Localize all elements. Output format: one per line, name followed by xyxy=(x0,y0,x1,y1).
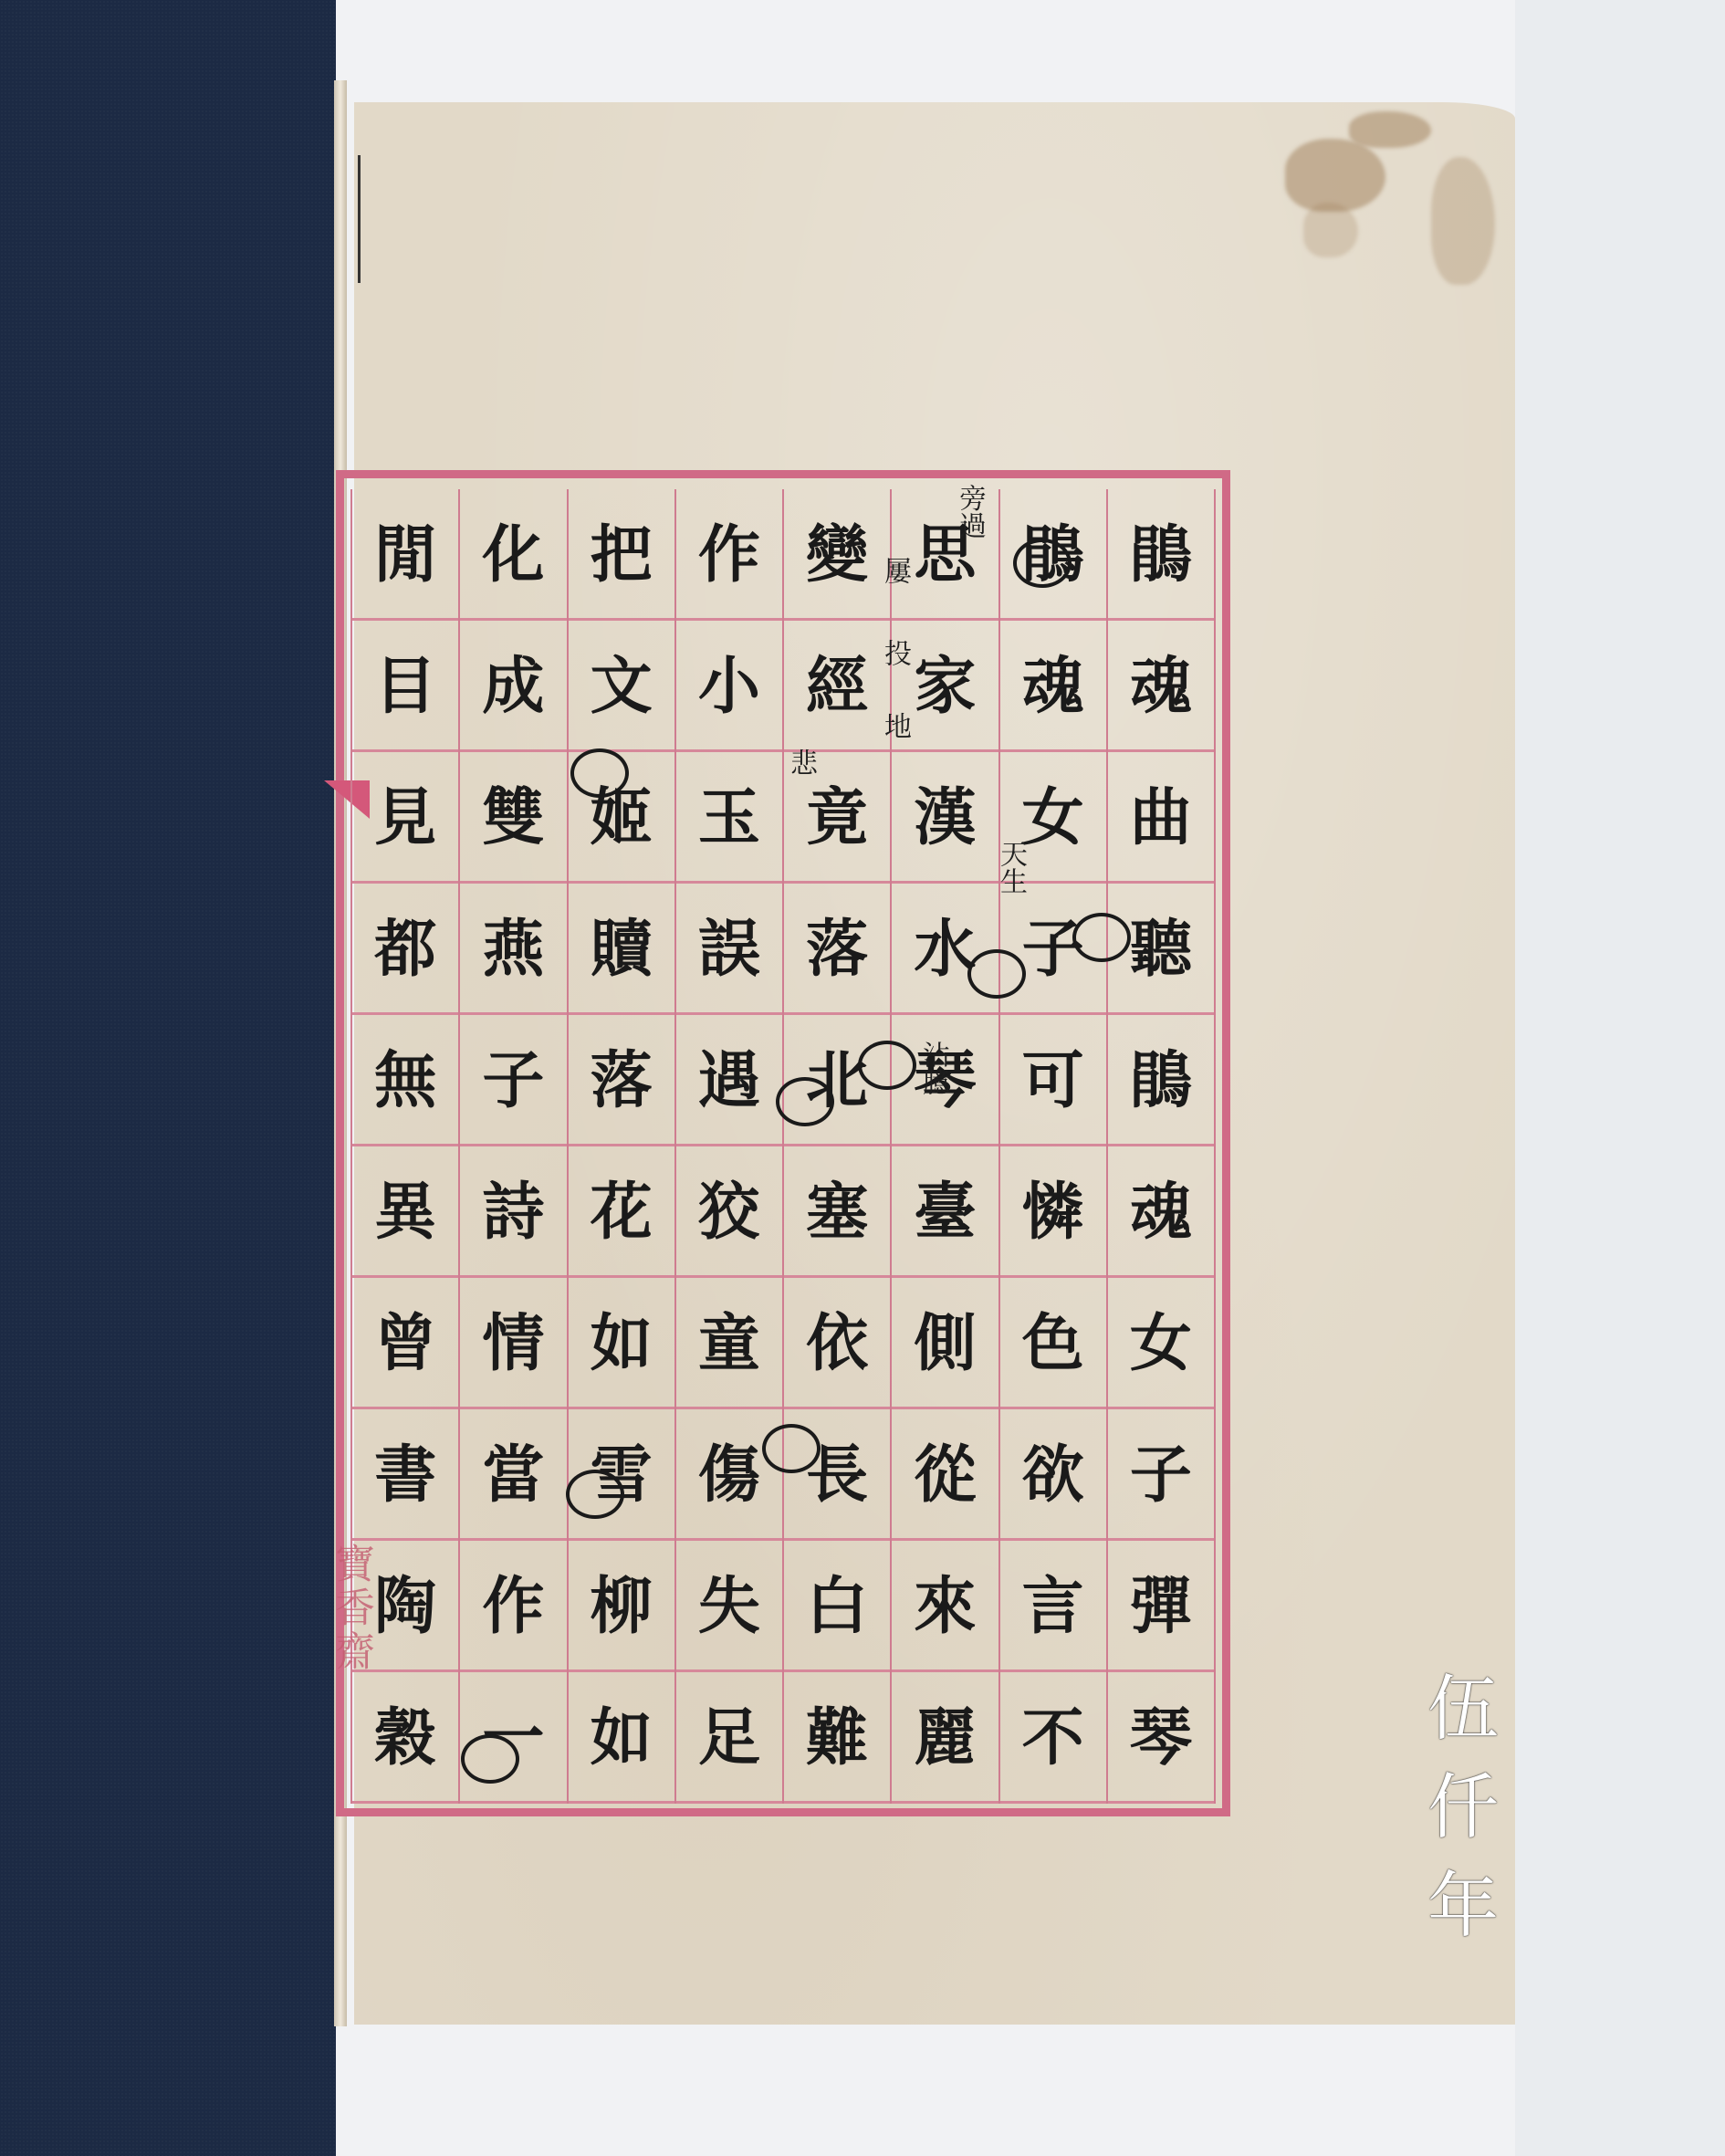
char: 童 xyxy=(676,1278,782,1409)
char: 異 xyxy=(352,1146,458,1278)
char: 側 xyxy=(892,1278,998,1409)
edit-circle-mark xyxy=(570,748,629,798)
char: 從 xyxy=(892,1409,998,1541)
char: 難 xyxy=(784,1672,890,1804)
edit-circle-mark xyxy=(461,1734,519,1784)
char: 書 xyxy=(352,1409,458,1541)
right-backing-edge xyxy=(1515,0,1725,2156)
char: 欲 xyxy=(1000,1409,1106,1541)
char: 魂 xyxy=(1108,1146,1214,1278)
edit-circle-mark xyxy=(566,1470,624,1519)
char: 子 xyxy=(1108,1409,1214,1541)
char: 女 xyxy=(1108,1278,1214,1409)
char: 玉 xyxy=(676,752,782,884)
edit-circle-mark xyxy=(762,1424,821,1473)
side-seal-text: 寶香齋 xyxy=(321,1543,380,1674)
char: 如 xyxy=(569,1278,674,1409)
char: 色 xyxy=(1000,1278,1106,1409)
char: 都 xyxy=(352,884,458,1015)
char: 無 xyxy=(352,1015,458,1146)
char: 作 xyxy=(676,489,782,621)
char: 穀 xyxy=(352,1672,458,1804)
book-cover-background xyxy=(0,0,336,2156)
char: 依 xyxy=(784,1278,890,1409)
water-stain xyxy=(1431,157,1495,285)
char: 目 xyxy=(352,621,458,752)
column-1: 鵑 魂 曲 聽 鵑 魂 女 子 彈 琴 xyxy=(1106,489,1216,1804)
column-5: 作 小 玉 誤 遇 狡 童 傷 失 足 xyxy=(674,489,782,1804)
char: 言 xyxy=(1000,1541,1106,1672)
annotation: 投 xyxy=(874,639,915,666)
char: 足 xyxy=(676,1672,782,1804)
annotation: 屢 xyxy=(874,557,915,584)
char: 燕 xyxy=(460,884,566,1015)
watermark: 伍仟年 xyxy=(1406,1670,1508,1966)
annotation: 沾臆 xyxy=(913,1041,953,1095)
column-3: 思 家 漢 水 琴 臺 側 從 來 麗 xyxy=(890,489,998,1804)
char: 文 xyxy=(569,621,674,752)
water-stain xyxy=(1303,203,1358,257)
char: 鵑 xyxy=(1108,489,1214,621)
char: 塞 xyxy=(784,1146,890,1278)
annotation: 旁過 xyxy=(949,484,989,539)
char: 琴 xyxy=(1108,1672,1214,1804)
char: 成 xyxy=(460,621,566,752)
char: 如 xyxy=(569,1672,674,1804)
annotation: 地 xyxy=(874,712,915,739)
char: 遇 xyxy=(676,1015,782,1146)
char: 傷 xyxy=(676,1409,782,1541)
char: 小 xyxy=(676,621,782,752)
char: 失 xyxy=(676,1541,782,1672)
char: 麗 xyxy=(892,1672,998,1804)
char: 臺 xyxy=(892,1146,998,1278)
annotation: 悲 xyxy=(780,748,821,776)
char: 閒 xyxy=(352,489,458,621)
char: 狡 xyxy=(676,1146,782,1278)
char: 來 xyxy=(892,1541,998,1672)
char: 變 xyxy=(784,489,890,621)
char: 雙 xyxy=(460,752,566,884)
char: 落 xyxy=(569,1015,674,1146)
column-4: 變 經 竟 落 北 塞 依 長 白 難 xyxy=(782,489,890,1804)
annotation: 天生 xyxy=(990,840,1030,895)
column-6: 把 文 姬 贖 落 花 如 雪 柳 如 xyxy=(567,489,674,1804)
column-7: 化 成 雙 燕 子 詩 情 當 作 一 xyxy=(458,489,566,1804)
binding-thread xyxy=(358,155,361,283)
char: 花 xyxy=(569,1146,674,1278)
char: 化 xyxy=(460,489,566,621)
water-stain xyxy=(1285,139,1385,212)
char: 魂 xyxy=(1108,621,1214,752)
char: 不 xyxy=(1000,1672,1106,1804)
char: 情 xyxy=(460,1278,566,1409)
char: 漢 xyxy=(892,752,998,884)
char: 見 xyxy=(352,752,458,884)
char: 作 xyxy=(460,1541,566,1672)
edit-circle-mark xyxy=(967,949,1026,999)
char: 誤 xyxy=(676,884,782,1015)
char: 把 xyxy=(569,489,674,621)
char: 當 xyxy=(460,1409,566,1541)
edit-circle-mark xyxy=(858,1041,916,1090)
char: 詩 xyxy=(460,1146,566,1278)
text-grid: 鵑 魂 曲 聽 鵑 魂 女 子 彈 琴 鵑 魂 女 子 可 憐 色 欲 言 不 … xyxy=(350,489,1216,1804)
char: 子 xyxy=(460,1015,566,1146)
char: 憐 xyxy=(1000,1146,1106,1278)
char: 贖 xyxy=(569,884,674,1015)
char: 可 xyxy=(1000,1015,1106,1146)
char: 鵑 xyxy=(1108,1015,1214,1146)
edit-circle-mark xyxy=(776,1077,834,1126)
char: 魂 xyxy=(1000,621,1106,752)
char: 落 xyxy=(784,884,890,1015)
column-2: 鵑 魂 女 子 可 憐 色 欲 言 不 xyxy=(998,489,1106,1804)
edit-circle-mark xyxy=(1072,913,1131,962)
char: 白 xyxy=(784,1541,890,1672)
edit-circle-mark xyxy=(1013,539,1072,588)
char: 彈 xyxy=(1108,1541,1214,1672)
char: 曾 xyxy=(352,1278,458,1409)
water-stain xyxy=(1349,111,1431,148)
char: 曲 xyxy=(1108,752,1214,884)
char: 柳 xyxy=(569,1541,674,1672)
